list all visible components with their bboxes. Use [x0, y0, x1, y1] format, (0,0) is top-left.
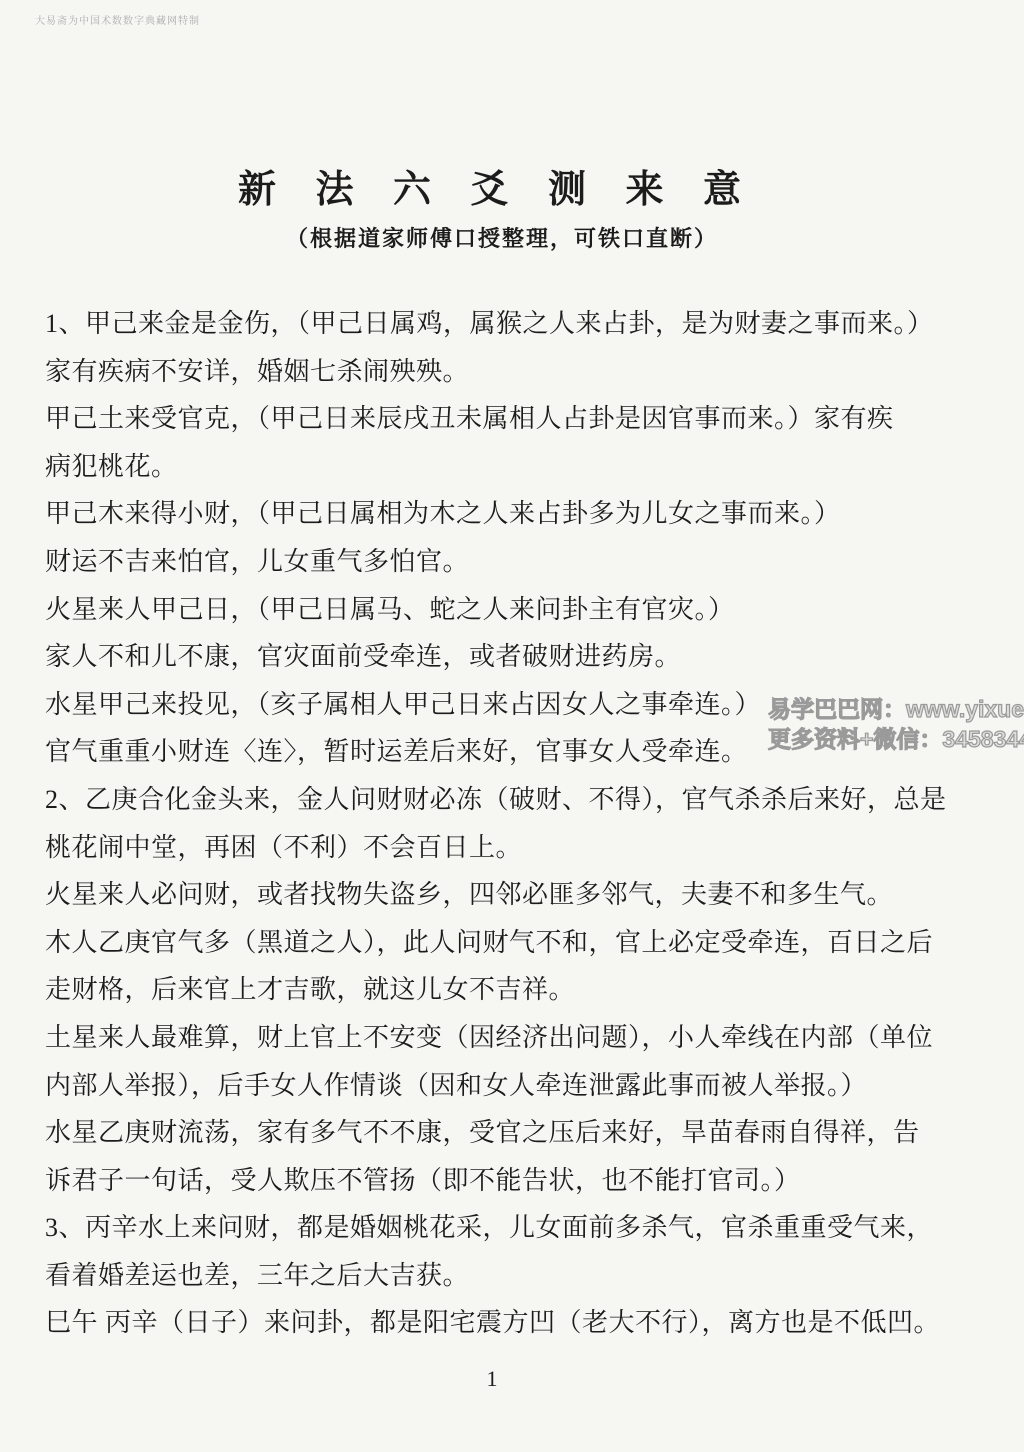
text-line: 巳午 丙辛（日子）来问卦，都是阳宅震方凹（老大不行），离方也是不低凹。: [45, 1299, 995, 1347]
text-line: 3、丙辛水上来问财，都是婚姻桃花采，儿女面前多杀气，官杀重重受气来，: [45, 1204, 995, 1252]
page-title: 新 法 六 爻 测 来 意: [0, 158, 994, 213]
text-line: 2、乙庚合化金头来，金人问财财必冻（破财、不得），官气杀杀后来好，总是: [45, 776, 995, 824]
text-line: 诉君子一句话，受人欺压不管扬（即不能告状，也不能打官司。）: [45, 1157, 995, 1205]
text-line: 甲己土来受官克，（甲己日来辰戌丑未属相人占卦是因官事而来。）家有疾: [45, 395, 995, 443]
document-page: 大易斋为中国术数数字典藏网特制 新 法 六 爻 测 来 意 （根据道家师傅口授整…: [0, 0, 1024, 1452]
text-line: 火星来人必问财，或者找物失盗乡，四邻必匪多邻气，夫妻不和多生气。: [45, 871, 995, 919]
watermark-line-1: 易学巴巴网：www.yixue88.cn: [768, 694, 1024, 724]
text-line: 走财格，后来官上才吉歌，就这儿女不吉祥。: [45, 966, 995, 1014]
page-subtitle: （根据道家师傅口授整理，可铁口直断）: [0, 222, 1004, 253]
text-line: 看着婚差运也差，三年之后大吉获。: [45, 1252, 995, 1300]
text-line: 木人乙庚官气多（黑道之人），此人问财气不和，官上必定受牵连，百日之后: [45, 919, 995, 967]
text-line: 财运不吉来怕官，儿女重气多怕官。: [45, 538, 995, 586]
text-line: 家有疾病不安详，婚姻七杀闹殃殃。: [45, 348, 995, 396]
text-line: 水星乙庚财流荡，家有多气不不康，受官之压后来好，旱苗春雨自得祥，告: [45, 1109, 995, 1157]
text-line: 火星来人甲己日，（甲己日属马、蛇之人来问卦主有官灾。）: [45, 586, 995, 634]
text-line: 甲己木来得小财，（甲己日属相为木之人来占卦多为儿女之事而来。）: [45, 490, 995, 538]
body-text: 1、甲己来金是金伤，（甲己日属鸡，属猴之人来占卦，是为财妻之事而来。） 家有疾病…: [45, 300, 995, 1347]
text-line: 家人不和儿不康，官灾面前受牵连，或者破财进药房。: [45, 633, 995, 681]
page-number: 1: [0, 1366, 984, 1392]
text-line: 病犯桃花。: [45, 443, 995, 491]
text-line: 1、甲己来金是金伤，（甲己日属鸡，属猴之人来占卦，是为财妻之事而来。）: [45, 300, 995, 348]
text-line: 内部人举报），后手女人作情谈（因和女人牵连泄露此事而被人举报。）: [45, 1062, 995, 1110]
text-line: 桃花闹中堂，再困（不利）不会百日上。: [45, 824, 995, 872]
scan-corner-note: 大易斋为中国术数数字典藏网特制: [35, 12, 200, 27]
site-watermark: 易学巴巴网：www.yixue88.cn 更多资料+微信：3458344044: [768, 694, 1024, 754]
text-line: 土星来人最难算，财上官上不安变（因经济出问题），小人牵线在内部（单位: [45, 1014, 995, 1062]
watermark-line-2: 更多资料+微信：3458344044: [768, 724, 1024, 754]
